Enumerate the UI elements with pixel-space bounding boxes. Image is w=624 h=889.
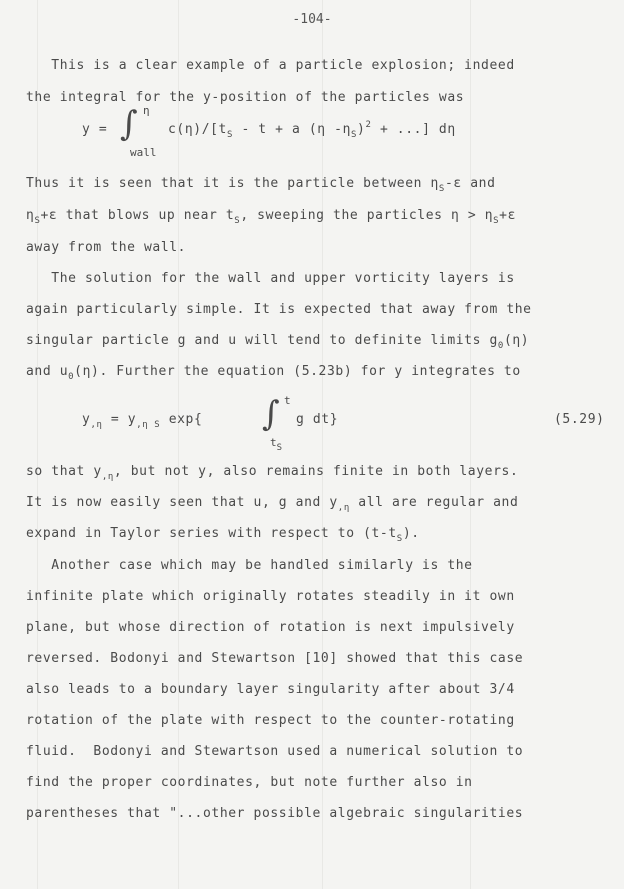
paragraph-2-line-3: away from the wall. — [26, 240, 186, 255]
paragraph-4-line-1: so that y,η, but not y, also remains fin… — [26, 464, 518, 479]
eq1-upper-limit: η — [143, 104, 150, 117]
paragraph-5-line-9: parentheses that "...other possible alge… — [26, 806, 523, 821]
integral-sign: ∫ — [262, 394, 280, 434]
eq2-upper-limit: t — [284, 394, 291, 407]
paragraph-5-line-3: plane, but whose direction of rotation i… — [26, 620, 515, 635]
equation-label: (5.29) — [554, 412, 605, 427]
paragraph-5-line-1: Another case which may be handled simila… — [26, 558, 473, 573]
paragraph-5-line-5: also leads to a boundary layer singulari… — [26, 682, 515, 697]
paragraph-4-line-3: expand in Taylor series with respect to … — [26, 526, 420, 541]
eq1-lower-limit: wall — [130, 146, 157, 159]
paragraph-3-line-3: singular particle g and u will tend to d… — [26, 333, 529, 348]
paragraph-5-line-2: infinite plate which originally rotates … — [26, 589, 515, 604]
paragraph-1-line-1: This is a clear example of a particle ex… — [26, 58, 515, 73]
integral-sign: ∫ — [120, 104, 138, 144]
paragraph-5-line-7: fluid. Bodonyi and Stewartson used a num… — [26, 744, 523, 759]
paragraph-3-line-4: and u0(η). Further the equation (5.23b) … — [26, 364, 521, 379]
paragraph-5-line-4: reversed. Bodonyi and Stewartson [10] sh… — [26, 651, 523, 666]
eq1-body: c(η)/[tS - t + a (η -ηS)2 + ...] dη — [168, 122, 456, 137]
paragraph-2-line-2: ηS+ε that blows up near tS, sweeping the… — [26, 208, 516, 223]
paragraph-1-line-2: the integral for the y-position of the p… — [26, 90, 464, 105]
eq2-lower-limit: tS — [270, 436, 282, 449]
paragraph-3-line-2: again particularly simple. It is expecte… — [26, 302, 532, 317]
page-number: -104- — [0, 12, 624, 27]
paragraph-4-line-2: It is now easily seen that u, g and y,η … — [26, 495, 518, 510]
paragraph-3-line-1: The solution for the wall and upper vort… — [26, 271, 515, 286]
paragraph-2-line-1: Thus it is seen that it is the particle … — [26, 176, 496, 191]
eq2-integrand: g dt} — [296, 412, 338, 427]
eq2-lhs: y,η = y,η S exp{ — [82, 412, 202, 427]
eq1-lhs: y = — [82, 122, 116, 137]
paragraph-5-line-8: find the proper coordinates, but note fu… — [26, 775, 473, 790]
paragraph-5-line-6: rotation of the plate with respect to th… — [26, 713, 515, 728]
